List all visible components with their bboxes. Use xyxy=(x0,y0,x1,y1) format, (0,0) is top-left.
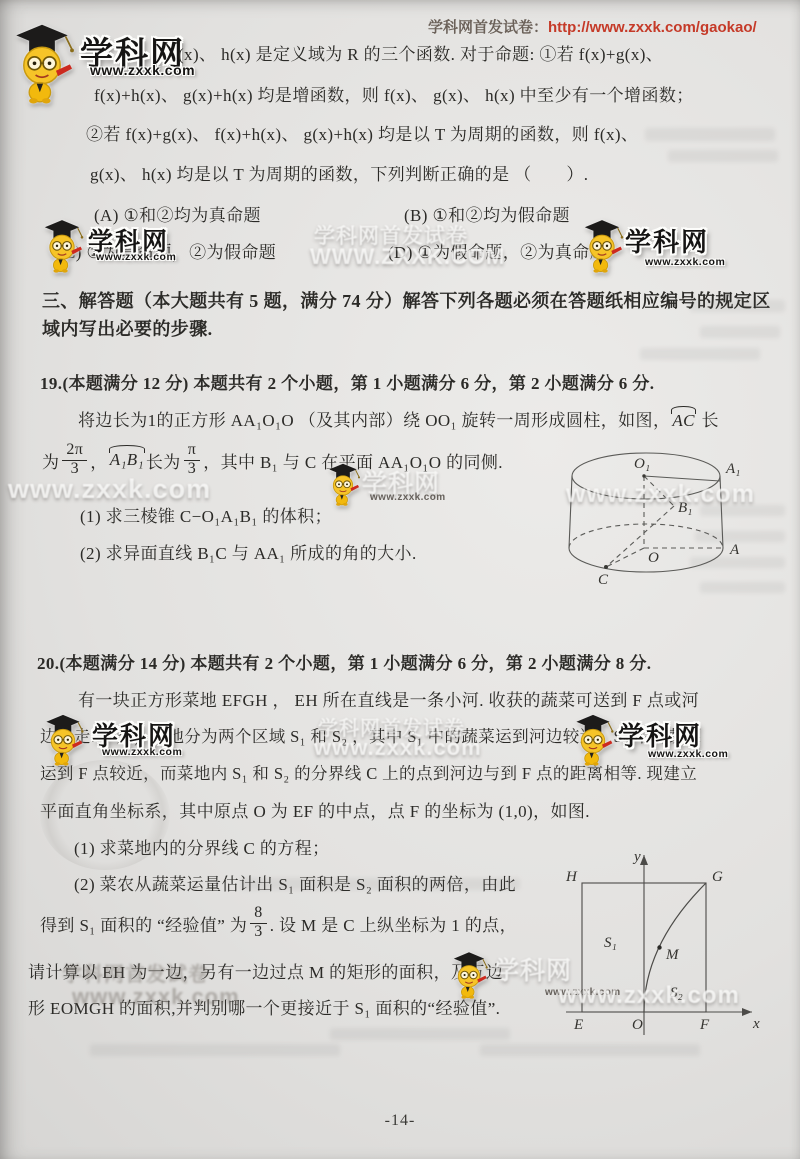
plot-label-F: F xyxy=(699,1017,710,1033)
section3-line2: 域内写出必要的步骤. xyxy=(42,315,213,341)
watermark-site: www.zxxk.com xyxy=(8,474,211,505)
scan-smudge xyxy=(40,760,170,870)
fraction-pi-3: π3 xyxy=(184,442,200,478)
watermark-release: 学科网首发试卷 xyxy=(62,958,209,987)
plot-label-O: O xyxy=(632,1017,643,1033)
zxxk-mascot-icon xyxy=(6,14,78,104)
plot-label-M: M xyxy=(665,947,680,963)
watermark-site: www.zxxk.com xyxy=(558,982,740,1010)
q20-header: 20.(本题满分 14 分) 本题共有 2 个小题，第 1 小题满分 6 分，第… xyxy=(37,649,651,674)
watermark-site: www.zxxk.com xyxy=(96,251,176,263)
fraction-2pi-3: 2π3 xyxy=(62,442,87,478)
cylinder-label-O: O xyxy=(648,550,659,566)
q20-item2b-pre: 得到 S₁ 面积的 “经验值” 为 xyxy=(40,911,247,936)
cylinder-label-O1: O₁ xyxy=(634,456,650,472)
q18-line3: ②若 f(x)+g(x)、 f(x)+h(x)、 g(x)+h(x) 均是以 T… xyxy=(86,120,638,145)
bleed-artifact xyxy=(480,1044,700,1056)
q19-line1-post: 长 xyxy=(697,411,719,430)
coordinate-plot-figure: y x H G E O F S₁ S₂ M xyxy=(556,845,770,1045)
q19-line2-mid1: ， xyxy=(90,448,107,473)
bleed-artifact xyxy=(695,531,785,542)
zxxk-mascot-icon xyxy=(448,946,490,999)
bleed-artifact xyxy=(700,326,780,338)
q19-line1: 将边长为1的正方形 AA₁O₁O （及其内部）绕 OO₁ 旋转一周形成圆柱，如图… xyxy=(78,406,719,431)
zxxk-mascot-icon xyxy=(38,213,86,273)
q19-item1: (1) 求三棱锥 C−O₁A₁B₁ 的体积； xyxy=(80,502,332,527)
bleed-artifact xyxy=(700,582,785,593)
watermark-site: www.zxxk.com xyxy=(648,748,728,760)
q19-line2-mid2: 长为 xyxy=(146,448,181,473)
q18-line4: g(x)、 h(x) 均是以 T 为周期的函数，下列判断正确的是 （ ）. xyxy=(90,160,588,185)
bleed-artifact xyxy=(240,878,520,890)
bleed-artifact xyxy=(700,505,785,516)
bleed-artifact xyxy=(645,128,775,141)
plot-label-G: G xyxy=(712,869,723,885)
bleed-artifact xyxy=(90,1044,340,1056)
bleed-artifact xyxy=(668,150,778,162)
q18-line1: (x)、 h(x) 是定义域为 R 的三个函数. 对于命题: ①若 f(x)+g… xyxy=(178,40,663,65)
fraction-8-3: 83 xyxy=(250,905,266,941)
plot-label-y: y xyxy=(632,849,641,865)
watermark-site: www.zxxk.com xyxy=(72,984,240,1010)
watermark-brand: 学科网 xyxy=(625,222,709,259)
bleed-artifact xyxy=(690,300,785,312)
release-label: 学科网首发试卷： xyxy=(428,19,548,36)
cylinder-label-A: A xyxy=(729,542,740,558)
plot-label-H: H xyxy=(565,869,578,885)
plot-label-E: E xyxy=(573,1017,583,1033)
zxxk-mascot-icon xyxy=(570,708,616,766)
q19-line1-pre: 将边长为1的正方形 AA₁O₁O （及其内部）绕 OO₁ 旋转一周形成圆柱，如图… xyxy=(78,411,670,430)
section3-line1: 三、解答题（本大题共有 5 题，满分 74 分）解答下列各题必须在答题纸相应编号… xyxy=(42,287,771,313)
page-number: -14- xyxy=(385,1112,416,1130)
q19-arc-A1B1: A₁B₁ xyxy=(108,450,146,470)
q20-item2b: 得到 S₁ 面积的 “经验值” 为 83 . 设 M 是 C 上纵坐标为 1 的… xyxy=(40,898,517,948)
zxxk-mascot-icon xyxy=(578,213,626,273)
cylinder-label-C: C xyxy=(598,572,609,588)
cylinder-label-A1: A₁ xyxy=(725,461,740,477)
q18-line2: f(x)+h(x)、 g(x)+h(x) 均是增函数，则 f(x)、 g(x)、… xyxy=(94,81,694,106)
watermark-site: www.zxxk.com xyxy=(314,735,482,761)
watermark-site: www.zxxk.com xyxy=(370,492,446,503)
plot-label-S1: S₁ xyxy=(604,935,617,951)
exam-page: 学科网首发试卷：http://www.zxxk.com/gaokao/ 学科网 … xyxy=(0,0,800,1159)
release-line: 学科网首发试卷：http://www.zxxk.com/gaokao/ xyxy=(428,16,757,37)
bleed-artifact xyxy=(330,1028,510,1040)
release-url: http://www.zxxk.com/gaokao/ xyxy=(548,19,757,36)
q19-item2: (2) 求异面直线 B₁C 与 AA₁ 所成的角的大小. xyxy=(80,539,417,564)
bleed-artifact xyxy=(690,557,785,568)
zxxk-mascot-icon xyxy=(40,708,86,766)
q19-arc-AC: AC xyxy=(670,411,697,431)
watermark-site: www.zxxk.com xyxy=(102,746,182,758)
bleed-artifact xyxy=(640,348,760,360)
q19-line2-pre: 为 xyxy=(42,448,59,473)
zxxk-mascot-icon xyxy=(324,458,362,506)
plot-label-x: x xyxy=(752,1016,760,1032)
watermark-site: www.zxxk.com xyxy=(645,256,725,268)
q20-item2b-post: . 设 M 是 C 上纵坐标为 1 的点， xyxy=(270,911,517,936)
watermark-site: WWW.ZXXK.COM xyxy=(310,244,505,270)
q19-header: 19.(本题满分 12 分) 本题共有 2 个小题，第 1 小题满分 6 分，第… xyxy=(40,369,654,394)
